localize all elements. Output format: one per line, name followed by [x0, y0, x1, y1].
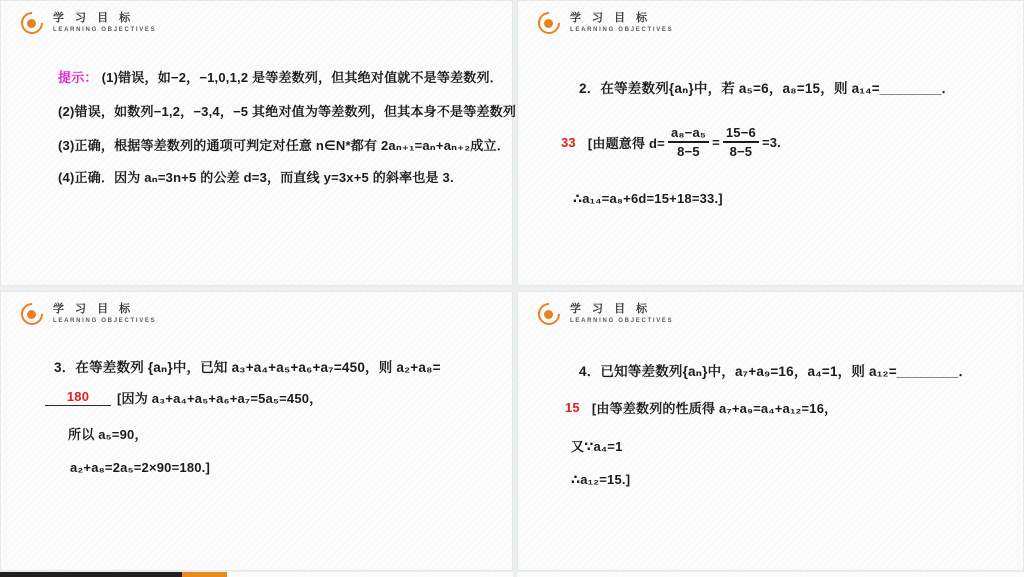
slide-2[interactable]: 学 习 目 标 LEARNING OBJECTIVES 2．在等差数列{aₙ}中…	[517, 0, 1024, 286]
slide-3-header: 学 习 目 标 LEARNING OBJECTIVES	[21, 303, 156, 326]
logo-dot-icon	[544, 310, 553, 319]
hint-line-2: (2)错误，如数列−1,2，−3,4，−5 其绝对值为等差数列，但其本身不是等差…	[58, 101, 529, 120]
solution-4-line-3: ∴a₁₂=15.]	[571, 472, 630, 488]
slide-4-header: 学 习 目 标 LEARNING OBJECTIVES	[538, 303, 673, 326]
logo-text: 学 习 目 标 LEARNING OBJECTIVES	[53, 12, 156, 33]
logo-title: 学 习 目 标	[53, 303, 156, 315]
hint-line-1: 提示：(1)错误，如−2，−1,0,1,2 是等差数列，但其绝对值就不是等差数列…	[58, 67, 503, 86]
fraction-symbolic: a₈−a₅ 8−5	[668, 125, 709, 159]
fraction-denominator: 8−5	[723, 141, 759, 160]
logo-subtitle: LEARNING OBJECTIVES	[53, 318, 156, 324]
logo-dot-icon	[27, 19, 36, 28]
fraction-denominator: 8−5	[668, 141, 709, 160]
logo-subtitle: LEARNING OBJECTIVES	[570, 27, 673, 33]
solution-3-line-2: 所以 a₅=90，	[68, 424, 148, 443]
answer-4: 15	[565, 400, 580, 415]
question-2-solution: 33 [由题意得 d= a₈−a₅ 8−5 = 15−6 8−5 =3.	[561, 125, 781, 159]
logo-title: 学 习 目 标	[570, 12, 673, 24]
solution-4-line-2: 又∵a₄=1	[571, 436, 623, 455]
next-slide-orange-accent	[182, 572, 227, 577]
logo-title: 学 习 目 标	[53, 12, 156, 24]
next-slide-preview-right[interactable]	[517, 572, 1024, 577]
conclusion-2: ∴a₁₄=a₈+6d=15+18=33.]	[573, 191, 723, 207]
logo-title: 学 习 目 标	[570, 303, 673, 315]
fraction-numerator: a₈−a₅	[668, 125, 709, 141]
hint-line-1-text: (1)错误，如−2，−1,0,1,2 是等差数列，但其绝对值就不是等差数列．	[102, 70, 503, 85]
result-text: =3.	[762, 135, 781, 150]
hint-label: 提示：	[58, 70, 98, 85]
slide-3[interactable]: 学 习 目 标 LEARNING OBJECTIVES 3．在等差数列 {aₙ}…	[0, 291, 513, 571]
fraction-numerator: 15−6	[723, 125, 759, 141]
question-4: 4．已知等差数列{aₙ}中，a₇+a₉=16，a₄=1，则 a₁₂=______…	[579, 360, 972, 380]
fraction-numeric: 15−6 8−5	[723, 125, 759, 159]
logo-text: 学 习 目 标 LEARNING OBJECTIVES	[570, 303, 673, 324]
learning-objectives-logo-icon	[538, 303, 561, 326]
slide-1[interactable]: 学 习 目 标 LEARNING OBJECTIVES 提示：(1)错误，如−2…	[0, 0, 513, 286]
question-3-solution: 180 [因为 a₃+a₄+a₅+a₆+a₇=5a₅=450，	[45, 388, 322, 407]
hint-line-3: (3)正确，根据等差数列的通项可判定对任意 n∈N*都有 2aₙ₊₁=aₙ+aₙ…	[58, 135, 510, 154]
slide-1-header: 学 习 目 标 LEARNING OBJECTIVES	[21, 12, 156, 35]
solution-3-line-1: [因为 a₃+a₄+a₅+a₆+a₇=5a₅=450，	[117, 388, 322, 407]
learning-objectives-logo-icon	[21, 12, 44, 35]
answer-2: 33	[561, 135, 576, 150]
question-3: 3．在等差数列 {aₙ}中，已知 a₃+a₄+a₅+a₆+a₇=450，则 a₂…	[54, 356, 441, 376]
logo-dot-icon	[27, 310, 36, 319]
solution-3-line-3: a₂+a₈=2a₅=2×90=180.]	[70, 460, 210, 475]
question-4-solution: 15 [由等差数列的性质得 a₇+a₉=a₄+a₁₂=16，	[565, 398, 837, 417]
logo-subtitle: LEARNING OBJECTIVES	[570, 318, 673, 324]
equals-sign: =	[712, 135, 720, 150]
answer-3: 180	[45, 389, 111, 406]
solution-2-prefix: [由题意得 d=	[588, 133, 665, 152]
hint-line-4: (4)正确．因为 aₙ=3n+5 的公差 d=3，而直线 y=3x+5 的斜率也…	[58, 167, 454, 186]
logo-dot-icon	[544, 19, 553, 28]
next-slide-preview-left[interactable]	[0, 572, 513, 577]
logo-text: 学 习 目 标 LEARNING OBJECTIVES	[53, 303, 156, 324]
learning-objectives-logo-icon	[538, 12, 561, 35]
learning-objectives-logo-icon	[21, 303, 44, 326]
next-slide-dark-banner	[0, 572, 182, 577]
logo-text: 学 习 目 标 LEARNING OBJECTIVES	[570, 12, 673, 33]
solution-4-line-1: [由等差数列的性质得 a₇+a₉=a₄+a₁₂=16，	[592, 398, 838, 417]
logo-subtitle: LEARNING OBJECTIVES	[53, 27, 156, 33]
slide-4[interactable]: 学 习 目 标 LEARNING OBJECTIVES 4．已知等差数列{aₙ}…	[517, 291, 1024, 571]
question-2: 2．在等差数列{aₙ}中，若 a₅=6，a₈=15，则 a₁₄=________…	[579, 77, 955, 97]
slide-2-header: 学 习 目 标 LEARNING OBJECTIVES	[538, 12, 673, 35]
